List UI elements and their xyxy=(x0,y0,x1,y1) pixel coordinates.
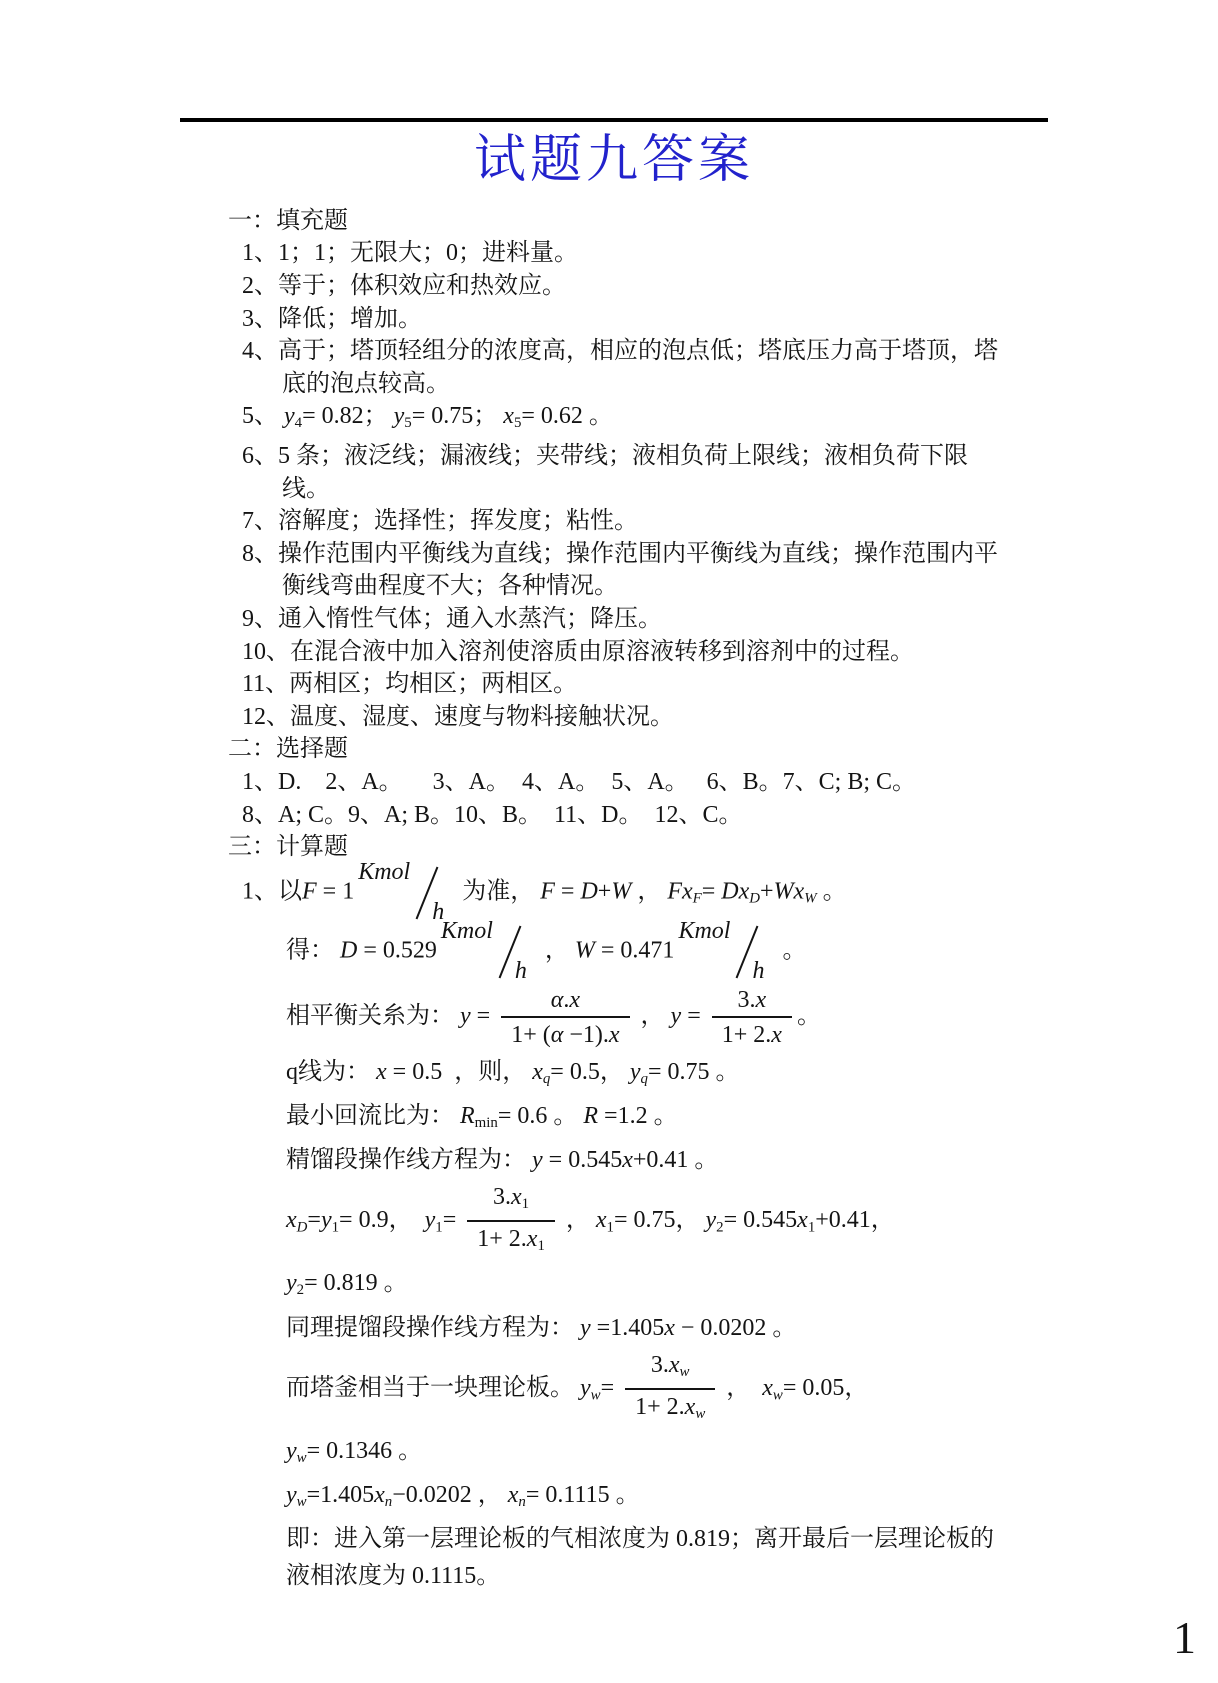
text-line: 二：选择题 xyxy=(228,733,1064,766)
text-line: 精馏段操作线方程为： y = 0.545x+0.41 。 xyxy=(286,1142,1064,1178)
fraction: 3.xw1+ 2.xw xyxy=(625,1350,715,1429)
answer-sheet-page: 试题九答案 一：填充题1、1；1；无限大；0；进料量。2、等于；体积效应和热效应… xyxy=(0,0,1218,1683)
text-line: 10、在混合液中加入溶剂使溶质由原溶液转移到溶剂中的过程。 xyxy=(242,636,1064,669)
text-line: 2、等于；体积效应和热效应。 xyxy=(242,270,1064,303)
unit-fraction-kmol-per-h: Kmolh xyxy=(441,923,537,981)
text-line: 而塔釜相当于一块理论板。 yw= 3.xw1+ 2.xw ， xw= 0.05， xyxy=(286,1347,1064,1432)
text-line: 5、 y4= 0.82； y5= 0.75； x5= 0.62 。 xyxy=(242,400,1064,440)
text-line: 最小回流比为： Rmin= 0.6 。 R =1.2 。 xyxy=(286,1098,1064,1141)
page-number: 1 xyxy=(1173,1615,1196,1661)
answer-body: 一：填充题1、1；1；无限大；0；进料量。2、等于；体积效应和热效应。3、降低；… xyxy=(228,205,1064,1594)
text-line: 6、5 条；液泛线；漏液线；夹带线；液相负荷上限线；液相负荷下限 xyxy=(242,440,1064,473)
text-line: 底的泡点较高。 xyxy=(282,368,1064,401)
text-line: yw= 0.1346 。 xyxy=(286,1433,1064,1476)
text-line: 9、通入惰性气体；通入水蒸汽；降压。 xyxy=(242,603,1064,636)
text-line: xD=y1= 0.9， y1= 3.x11+ 2.x1 ， x1= 0.75， … xyxy=(286,1179,1064,1264)
text-line: 12、温度、湿度、速度与物料接触状况。 xyxy=(242,701,1064,734)
text-line: q线为： x = 0.5 ，则， xq= 0.5， yq= 0.75 。 xyxy=(286,1054,1064,1097)
unit-fraction-kmol-per-h: Kmolh xyxy=(358,864,454,922)
text-line: 得： D = 0.529Kmolh， W = 0.471Kmolh。 xyxy=(286,923,1064,981)
text-line: 1、D. 2、A。 3、A。 4、A。 5、A。 6、B。7、C; B; C。 xyxy=(242,766,1064,799)
text-line: 液相浓度为 0.1115。 xyxy=(286,1558,1064,1594)
top-rule-divider xyxy=(180,118,1048,122)
page-title: 试题九答案 xyxy=(180,0,1048,191)
text-line: 即：进入第一层理论板的气相浓度为 0.819；离开最后一层理论板的 xyxy=(286,1521,1064,1557)
text-line: 11、两相区；均相区；两相区。 xyxy=(242,668,1064,701)
text-line: 1、以F = 1Kmolh为准， F = D+W ， FxF= DxD+WxW … xyxy=(242,864,1064,922)
text-line: 3、降低；增加。 xyxy=(242,303,1064,336)
text-line: 同理提馏段操作线方程为： y =1.405x − 0.0202 。 xyxy=(286,1310,1064,1346)
text-line: 衡线弯曲程度不大；各种情况。 xyxy=(282,570,1064,603)
text-line: 7、溶解度；选择性；挥发度；粘性。 xyxy=(242,505,1064,538)
text-line: 线。 xyxy=(282,473,1064,506)
text-line: 相平衡关糸为： y = α.x1+ (α −1).x ， y = 3.x1+ 2… xyxy=(286,982,1064,1053)
unit-fraction-kmol-per-h: Kmolh xyxy=(678,923,774,981)
text-line: 8、A; C。9、A; B。10、B。 11、D。 12、C。 xyxy=(242,799,1064,832)
fraction: 3.x11+ 2.x1 xyxy=(467,1182,555,1261)
text-line: 4、高于；塔顶轻组分的浓度高，相应的泡点低；塔底压力高于塔顶，塔 xyxy=(242,335,1064,368)
text-line: 8、操作范围内平衡线为直线；操作范围内平衡线为直线；操作范围内平 xyxy=(242,538,1064,571)
text-line: y2= 0.819 。 xyxy=(286,1265,1064,1308)
text-line: 一：填充题 xyxy=(228,205,1064,238)
text-line: yw=1.405xn−0.0202 ， xn= 0.1115 。 xyxy=(286,1477,1064,1520)
text-line: 三：计算题 xyxy=(228,831,1064,864)
fraction: 3.x1+ 2.x xyxy=(712,985,792,1050)
fraction: α.x1+ (α −1).x xyxy=(501,985,629,1050)
text-line: 1、1；1；无限大；0；进料量。 xyxy=(242,237,1064,270)
